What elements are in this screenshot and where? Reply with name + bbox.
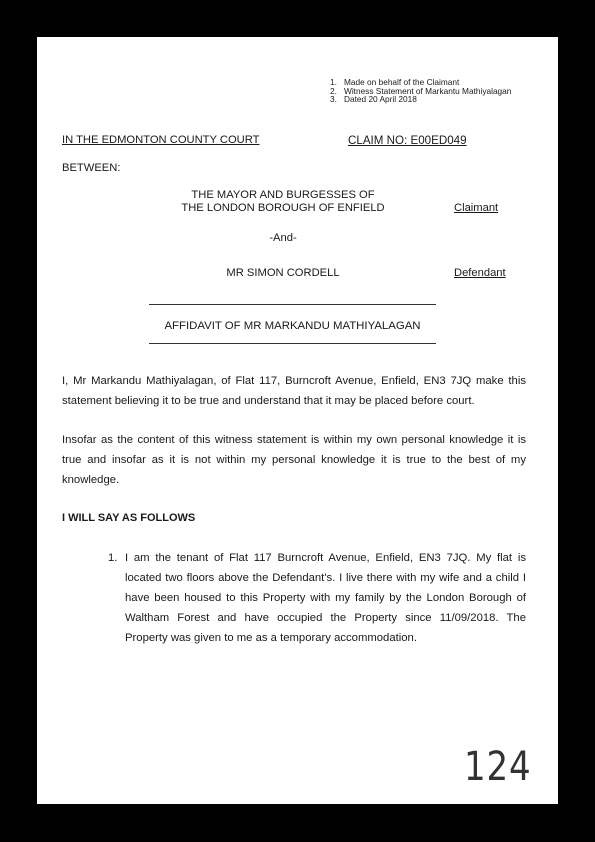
claimant-role: Claimant — [454, 202, 498, 214]
statement-paragraph: I, Mr Markandu Mathiyalagan, of Flat 117… — [62, 371, 526, 411]
between-label: BETWEEN: — [62, 162, 120, 174]
title-rule-top — [149, 304, 436, 305]
defendant-name: MR SIMON CORDELL — [167, 267, 399, 279]
claimant-name: THE MAYOR AND BURGESSES OF THE LONDON BO… — [167, 189, 399, 214]
and-separator: -And- — [167, 232, 399, 244]
claimant-line-1: THE MAYOR AND BURGESSES OF — [167, 189, 399, 202]
knowledge-paragraph: Insofar as the content of this witness s… — [62, 430, 526, 490]
court-name: IN THE EDMONTON COUNTY COURT — [62, 134, 259, 146]
claim-number: CLAIM NO: E00ED049 — [348, 134, 467, 147]
document-notes: 1. Made on behalf of the Claimant 2. Wit… — [330, 78, 514, 104]
handwritten-page-number: 124 — [464, 744, 531, 790]
numbered-item: 1. I am the tenant of Flat 117 Burncroft… — [108, 548, 526, 648]
document-page: 1. Made on behalf of the Claimant 2. Wit… — [37, 37, 558, 804]
section-heading: I WILL SAY AS FOLLOWS — [62, 512, 195, 524]
note-text: Dated 20 April 2018 — [344, 95, 514, 104]
claimant-line-2: THE LONDON BOROUGH OF ENFIELD — [167, 202, 399, 215]
item-text: I am the tenant of Flat 117 Burncroft Av… — [125, 548, 526, 648]
note-item: 3. Dated 20 April 2018 — [330, 95, 514, 104]
note-number: 3. — [330, 95, 344, 104]
document-title: AFFIDAVIT OF MR MARKANDU MATHIYALAGAN — [149, 320, 436, 332]
defendant-role: Defendant — [454, 267, 506, 279]
title-rule-bottom — [149, 343, 436, 344]
item-number: 1. — [108, 548, 125, 648]
